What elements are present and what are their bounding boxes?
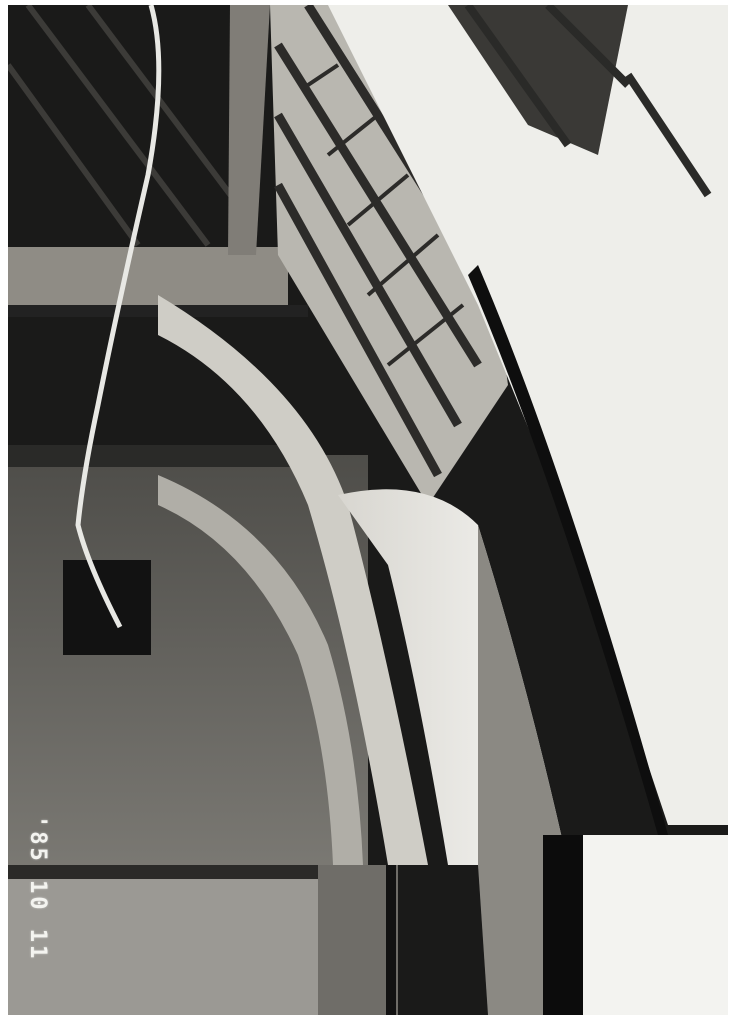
wall-plate <box>8 445 308 467</box>
photo-frame: '85 10 11 <box>0 0 736 1024</box>
deep-shadow <box>543 835 583 1015</box>
window-opening <box>63 560 151 655</box>
date-stamp: '85 10 11 <box>25 815 50 961</box>
photo-illustration <box>8 5 728 1015</box>
timber-truss-photo: '85 10 11 <box>8 5 728 1015</box>
tie-beam <box>8 247 288 305</box>
